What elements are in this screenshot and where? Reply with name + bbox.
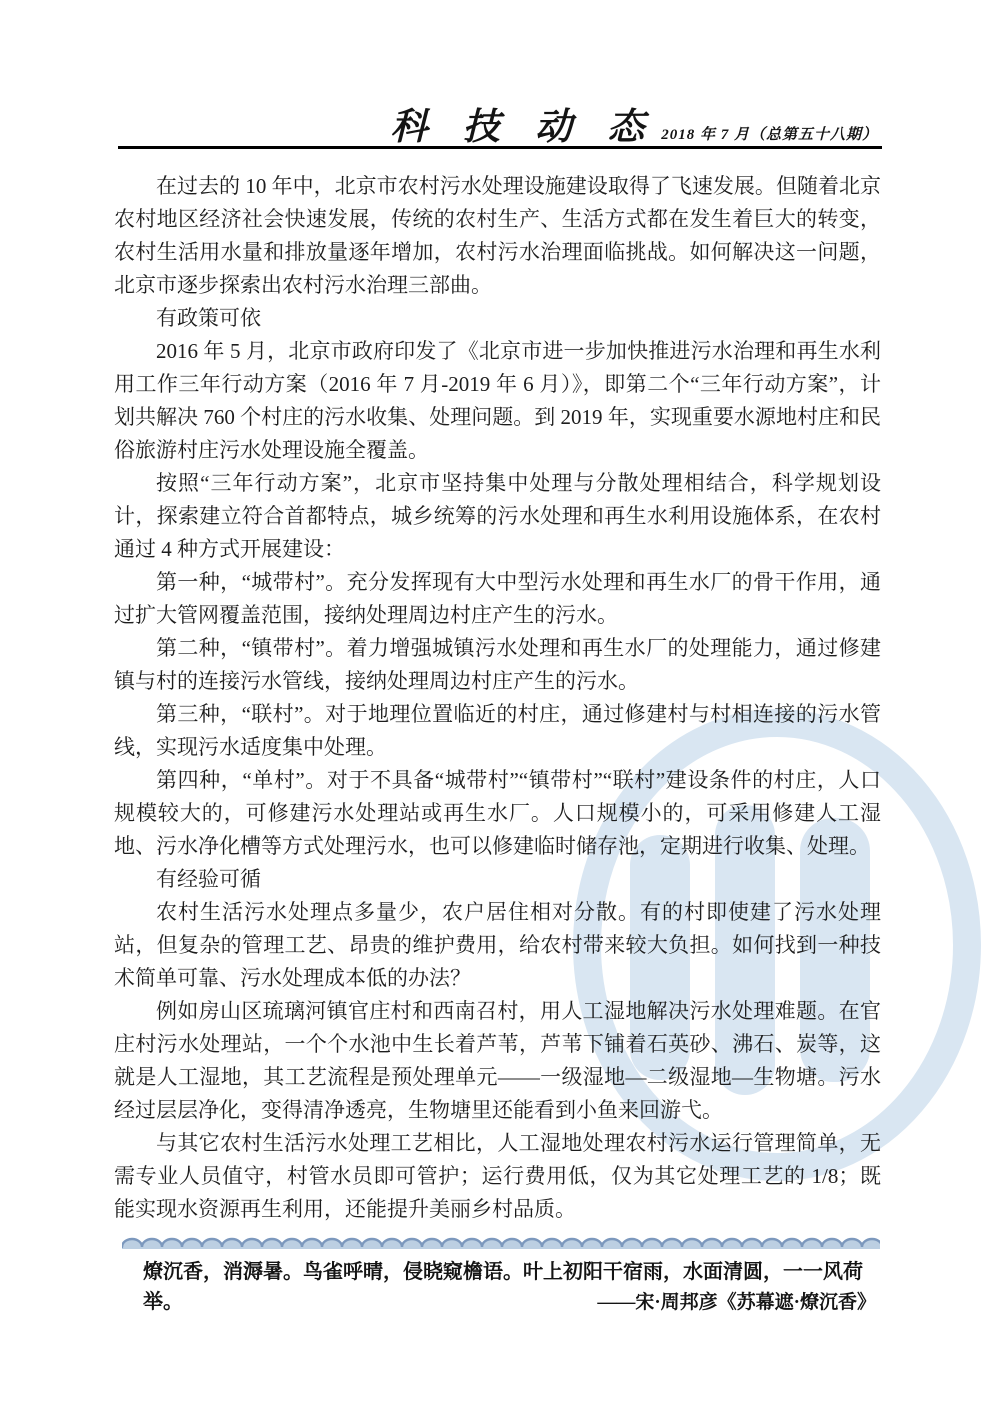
para-method-2: 第二种，“镇带村”。着力增强城镇污水处理和再生水厂的处理能力，通过修建镇与村的连…	[114, 632, 881, 698]
wave-divider	[122, 1236, 880, 1250]
para-method-1: 第一种，“城带村”。充分发挥现有大中型污水处理和再生水厂的骨干作用，通过扩大管网…	[114, 566, 881, 632]
heading-experience: 有经验可循	[114, 863, 881, 896]
para-policy-plan: 2016 年 5 月，北京市政府印发了《北京市进一步加快推进污水治理和再生水利用…	[114, 335, 881, 467]
para-comparison: 与其它农村生活污水处理工艺相比，人工湿地处理农村污水运行管理简单，无需专业人员值…	[114, 1127, 881, 1226]
article-body: 在过去的 10 年中，北京市农村污水处理设施建设取得了飞速发展。但随着北京农村地…	[114, 170, 881, 1226]
masthead: 科 技 动 态2018 年 7 月（总第五十八期）	[118, 96, 878, 150]
newsletter-page: 科 技 动 态2018 年 7 月（总第五十八期） 在过去的 10 年中，北京市…	[0, 0, 992, 1403]
poem-attribution: ——宋·周邦彦《苏幕遮·燎沉香》	[597, 1289, 876, 1317]
masthead-rule	[118, 146, 882, 149]
heading-policy: 有政策可依	[114, 302, 881, 335]
para-example-wetland: 例如房山区琉璃河镇官庄村和西南召村，用人工湿地解决污水处理难题。在官庄村污水处理…	[114, 995, 881, 1127]
para-approach: 按照“三年行动方案”，北京市坚持集中处理与分散处理相结合，科学规划设计，探索建立…	[114, 467, 881, 566]
masthead-title: 科 技 动 态	[390, 107, 657, 148]
para-method-3: 第三种，“联村”。对于地理位置临近的村庄，通过修建村与村相连接的污水管线，实现污…	[114, 698, 881, 764]
para-method-4: 第四种，“单村”。对于不具备“城带村”“镇带村”“联村”建设条件的村庄，人口规模…	[114, 764, 881, 863]
para-intro: 在过去的 10 年中，北京市农村污水处理设施建设取得了飞速发展。但随着北京农村地…	[114, 170, 881, 302]
masthead-issue: 2018 年 7 月（总第五十八期）	[661, 127, 878, 143]
para-experience-intro: 农村生活污水处理点多量少，农户居住相对分散。有的村即使建了污水处理站，但复杂的管…	[114, 896, 881, 995]
